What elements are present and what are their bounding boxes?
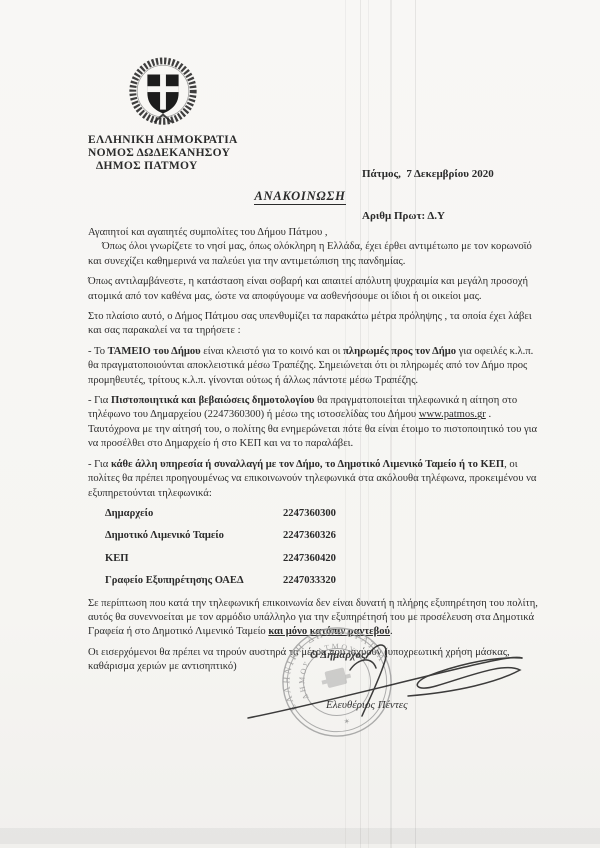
org-line-prefecture: ΝΟΜΟΣ ΔΩΔΕΚΑΝΗΣΟΥ: [88, 147, 238, 160]
scanned-announcement-document: { "colors": { "paper": "#f7f6f4", "ink":…: [0, 0, 600, 848]
org-line-republic: ΕΛΛΗΝΙΚΗ ΔΗΜΟΚΡΑΤΙΑ: [88, 134, 238, 147]
phone-directory: Δημαρχείο 2247360300 Δημοτικό Λιμενικό Τ…: [88, 507, 542, 589]
org-line-municipality: ΔΗΜΟΣ ΠΑΤΜΟΥ: [88, 160, 238, 173]
phone-row-kep: ΚΕΠ 2247360420: [105, 552, 542, 566]
phone-number: 2247360326: [283, 529, 336, 543]
phone-number: 2247360420: [283, 552, 336, 566]
phone-row-town-hall: Δημαρχείο 2247360300: [105, 507, 542, 521]
bullet-certificates: - Για Πιστοποιητικά και βεβαιώσεις δημοτ…: [88, 394, 542, 452]
paragraph-greeting: Αγαπητοί και αγαπητές συμπολίτες του Δήμ…: [88, 226, 542, 240]
signature-name: Ελευθέριος Πέντες: [326, 699, 408, 711]
phone-label: Δημαρχείο: [105, 507, 283, 521]
stamp-star: ✶: [343, 716, 352, 726]
phone-number: 2247360300: [283, 507, 336, 521]
phone-number: 2247033320: [283, 574, 336, 588]
document-title-row: ΑΝΑΚΟΙΝΩΣΗ: [0, 187, 600, 205]
document-title: ΑΝΑΚΟΙΝΩΣΗ: [254, 189, 345, 205]
paragraph-appointment: Σε περίπτωση που κατά την τηλεφωνική επι…: [88, 597, 542, 640]
bullet-tameio: - Το ΤΑΜΕΙΟ του Δήμου είναι κλειστό για …: [88, 345, 542, 388]
letterhead-org-block: ΕΛΛΗΝΙΚΗ ΔΗΜΟΚΡΑΤΙΑ ΝΟΜΟΣ ΔΩΔΕΚΑΝΗΣΟΥ ΔΗ…: [88, 134, 238, 173]
phone-label: Δημοτικό Λιμενικό Ταμείο: [105, 529, 283, 543]
document-body: Αγαπητοί και αγαπητές συμπολίτες του Δήμ…: [88, 226, 542, 681]
paragraph-intro: Όπως όλοι γνωρίζετε το νησί μας, όπως ολ…: [88, 240, 542, 269]
bullet-other-services: - Για κάθε άλλη υπηρεσία ή συναλλαγή με …: [88, 458, 542, 501]
paragraph-situation: Όπως αντιλαμβάνεστε, η κατάσταση είναι σ…: [88, 275, 542, 304]
greek-coat-of-arms-icon: [124, 50, 202, 145]
signature-role: Ο Δήμαρχος: [310, 649, 366, 661]
place-date: Πάτμος, 7 Δεκεμβρίου 2020: [362, 167, 494, 181]
phone-row-oaed: Γραφείο Εξυπηρέτησης ΟΑΕΔ 2247033320: [105, 574, 542, 588]
protocol-number: Αριθμ Πρωτ: Δ.Υ: [362, 209, 494, 223]
scan-edge-shadow: [0, 828, 600, 844]
phone-label: ΚΕΠ: [105, 552, 283, 566]
paragraph-context: Στο πλαίσιο αυτό, ο Δήμος Πάτμου σας υπε…: [88, 310, 542, 339]
phone-row-port-fund: Δημοτικό Λιμενικό Ταμείο 2247360326: [105, 529, 542, 543]
phone-label: Γραφείο Εξυπηρέτησης ΟΑΕΔ: [105, 574, 283, 588]
